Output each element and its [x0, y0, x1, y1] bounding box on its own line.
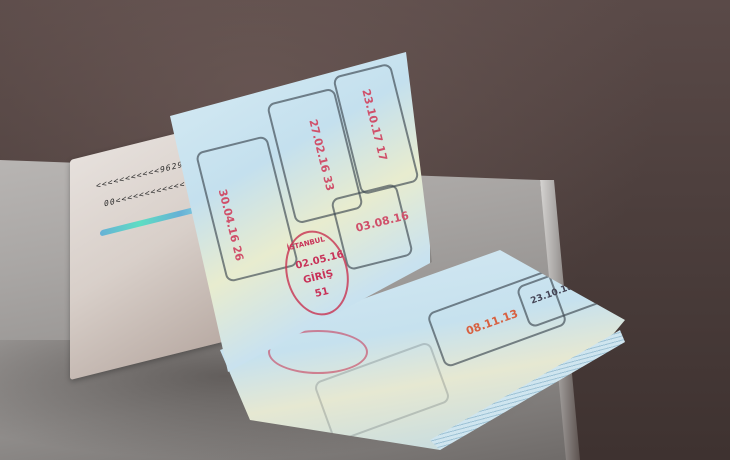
stamp-date-lower: 03.08.16	[354, 209, 410, 235]
round-stamp-label: GİRİŞ	[302, 268, 334, 286]
stamp-date-right: 23.10.17 17	[359, 88, 389, 162]
stamp-date-flat: 08.11.13	[464, 307, 519, 338]
stamp-date-left: 30.04.16 26	[216, 188, 246, 262]
stamp-date-center: 27.02.16 33	[306, 118, 336, 192]
round-stamp-number: 51	[314, 286, 330, 300]
round-stamp-date: 02.05.16	[294, 249, 345, 272]
